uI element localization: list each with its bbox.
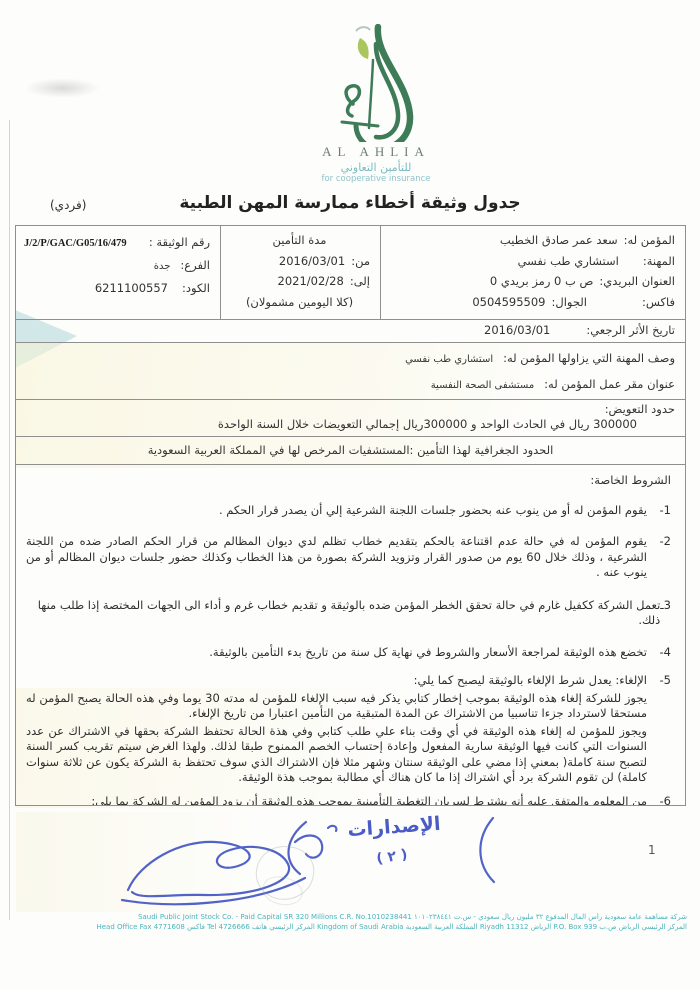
scan-edge-line [9,120,10,920]
compensation-label-line: حدود التعويض: [24,402,675,416]
branch-value: جدة [154,261,171,272]
logo-tagline: for cooperative insurance [300,174,452,184]
period-title: مدة التأمين [273,233,327,247]
page-number: 1 [648,843,656,857]
document-page: { "logo": { "name_en": "AL AHLIA", "name… [0,0,700,989]
mobile-value: 0504595509 [472,295,545,309]
condition-item-4: 4- تخضع هذه الوثيقة لمراجعة الأسعار والش… [26,645,671,661]
period-from-value: 2016/03/01 [279,254,345,268]
insured-name-label: المؤمن له: [624,233,675,247]
compensation-limits-row: حدود التعويض: 300000 ريال في الحادث الوا… [16,399,685,436]
special-conditions-title: الشروط الخاصة: [26,473,671,489]
period-to-label: إلى: [350,274,370,288]
postal-address-label: العنوان البريدي: [599,274,675,288]
condition-paragraph: ويجوز للمؤمن له إلغاء هذه الوثيقة في أي … [26,724,671,786]
page-title: جدول وثيقة أخطاء ممارسة المهن الطبية [0,193,700,213]
condition-item-5: 5- الإلغاء: يعدل شرط الإلغاء بالوثيقة لي… [26,673,671,786]
document-info-cell: رقم الوثيقة : J/2/P/GAC/G05/16/479 الفرع… [16,226,221,319]
retro-date-value: 2016/03/01 [484,323,550,337]
profession-label: المهنة: [643,254,675,268]
condition-item-3: 3ـ تعمل الشركة ككفيل غارم في حالة تحقق ا… [26,598,671,629]
condition-text: تعمل الشركة ككفيل غارم في حالة تحقق الخط… [26,598,660,629]
work-address-value: مستشفى الصحة النفسية [431,380,534,391]
condition-number: 2- [647,534,671,581]
condition-number: 1- [647,503,671,519]
insurance-period-cell: مدة التأمين من: 2016/03/01 إلى: 2021/02/… [221,226,381,319]
condition-text: يقوم المؤمن له في حالة عدم اقتناعة بالحك… [26,534,647,581]
compensation-label: حدود التعويض: [605,402,675,416]
company-logo: AL AHLIA للتأمين التعاوني for cooperativ… [300,24,452,184]
letterhead-footer: شركة مساهمة عامة سعودية رأس المال المدفو… [15,913,687,932]
condition-text: يقوم المؤمن له أو من ينوب عنه بحضور جلسا… [26,503,647,519]
condition-text: من المعلوم والمتفق عليه أنه يشترط لسريان… [26,794,647,806]
code-value: 6211100557 [95,281,168,295]
insured-name-value: سعد عمر صادق الخطيب [500,233,618,247]
condition-item-1: 1- يقوم المؤمن له أو من ينوب عنه بحضور ج… [26,503,671,519]
table-row-header-info: رقم الوثيقة : J/2/P/GAC/G05/16/479 الفرع… [16,226,685,319]
period-note: (كلا اليومين مشمولان) [246,295,353,309]
alahlia-drop-icon [326,24,426,142]
profession-desc-label: وصف المهنة التي يزاولها المؤمن له: [503,351,675,365]
retroactive-date-row: تاريخ الأثر الرجعي: 2016/03/01 [16,319,685,342]
condition-number: 3ـ [660,598,671,629]
leaf-accent [358,38,369,59]
condition-item-2: 2- يقوم المؤمن له في حالة عدم اقتناعة با… [26,534,671,581]
compensation-value: 300000 ريال في الحادث الواحد و 300000ريا… [24,417,675,431]
mobile-label: الجوال: [551,295,587,309]
code-label: الكود: [182,281,210,295]
condition-number: 4- [647,645,671,661]
logo-name-ar: للتأمين التعاوني [300,161,452,174]
fax-label: فاكس: [642,295,675,309]
special-conditions-row: الشروط الخاصة: 1- يقوم المؤمن له أو من ي… [16,464,685,805]
insured-info-cell: المؤمن له: سعد عمر صادق الخطيب المهنة: ا… [381,226,685,319]
policy-number-value: J/2/P/GAC/G05/16/479 [24,238,127,249]
branch-label: الفرع: [180,258,210,272]
policy-schedule-table: رقم الوثيقة : J/2/P/GAC/G05/16/479 الفرع… [15,225,686,806]
condition-item-6: 6- من المعلوم والمتفق عليه أنه يشترط لسر… [26,794,671,806]
policy-number-label: رقم الوثيقة : [149,235,210,249]
scan-smudge [25,78,100,98]
retro-date-label: تاريخ الأثر الرجعي: [586,323,675,337]
condition-number: 6- [647,794,671,806]
footer-line-2: المركز الرئيسي الرياض ص.ب P.O. Box 939 ا… [15,923,687,933]
footer-line-1: شركة مساهمة عامة سعودية رأس المال المدفو… [15,913,687,923]
profession-description-row: وصف المهنة التي يزاولها المؤمن له: استشا… [16,342,685,399]
postal-address-value: ص ب 0 رمز بريدي 0 [490,274,594,288]
policy-type-note: (فردي) [50,198,86,212]
profession-desc-value: استشاري طب نفسي [405,354,493,365]
geographic-limits-row: الحدود الجغرافية لهذا التأمين :المستشفيا… [16,436,685,464]
work-address-label: عنوان مقر عمل المؤمن له: [544,377,675,391]
condition-number: 5- [647,673,671,689]
condition-text: الإلغاء: يعدل شرط الإلغاء بالوثيقة ليصبح… [26,673,647,689]
period-to-value: 2021/02/28 [278,274,344,288]
condition-text: تخضع هذه الوثيقة لمراجعة الأسعار والشروط… [26,645,647,661]
condition-paragraph: يجوز للشركة إلغاء هذه الوثيقة بموجب إخطا… [26,691,671,722]
logo-name-en: AL AHLIA [300,144,452,160]
period-from-label: من: [351,254,370,268]
profession-value: استشاري طب نفسي [518,254,619,268]
